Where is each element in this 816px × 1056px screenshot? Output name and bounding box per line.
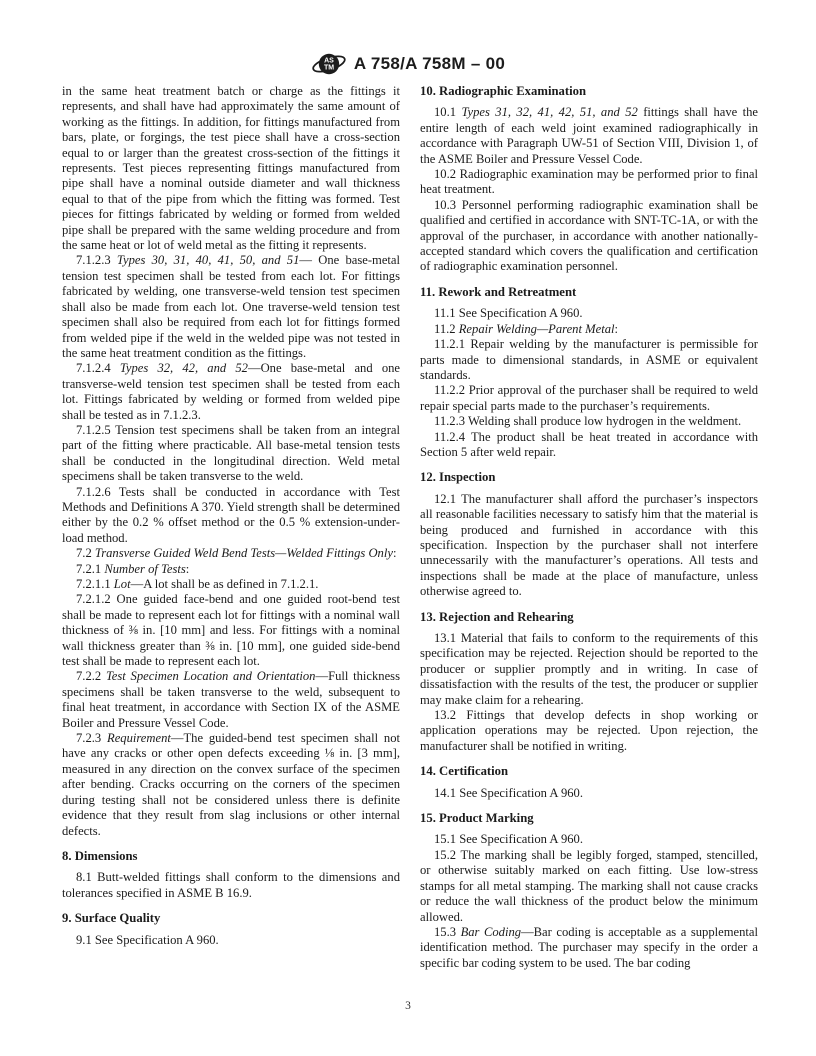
text-run: —A lot shall be as defined in 7.1.2.1. xyxy=(131,577,319,591)
page-number: 3 xyxy=(405,1000,411,1012)
text-run: 7.2 xyxy=(76,546,95,560)
right-column: 10. Radiographic Examination10.1 Types 3… xyxy=(420,84,758,971)
section-heading: 12. Inspection xyxy=(420,470,758,485)
section-heading: 8. Dimensions xyxy=(62,849,400,864)
paragraph: 8.1 Butt-welded fittings shall conform t… xyxy=(62,870,400,901)
paragraph: 11.2.4 The product shall be heat treated… xyxy=(420,430,758,461)
paragraph: 10.1 Types 31, 32, 41, 42, 51, and 52 fi… xyxy=(420,105,758,167)
astm-logo: AS TM xyxy=(311,50,347,78)
text-run: 7.1.2.4 xyxy=(76,361,120,375)
paragraph: 11.2 Repair Welding—Parent Metal: xyxy=(420,322,758,337)
italic-text-run: Requirement xyxy=(107,731,171,745)
text-run: 13.2 Fittings that develop defects in sh… xyxy=(420,708,758,753)
italic-text-run: Types 31, 32, 41, 42, 51, and 52 xyxy=(461,105,637,119)
paragraph: 10.2 Radiographic examination may be per… xyxy=(420,167,758,198)
paragraph: 15.2 The marking shall be legibly forged… xyxy=(420,848,758,925)
italic-text-run: Test Specimen Location and Orientation xyxy=(106,669,316,683)
paragraph: 7.1.2.3 Types 30, 31, 40, 41, 50, and 51… xyxy=(62,253,400,361)
text-run: 11.2.3 Welding shall produce low hydroge… xyxy=(434,414,741,428)
text-run: 15.3 xyxy=(434,925,461,939)
italic-text-run: Number of Tests xyxy=(104,562,185,576)
paragraph: 7.2 Transverse Guided Weld Bend Tests—We… xyxy=(62,546,400,561)
svg-text:AS: AS xyxy=(324,58,334,65)
text-run: 11.2.4 The product shall be heat treated… xyxy=(420,430,758,459)
italic-text-run: Transverse Guided Weld Bend Tests—Welded… xyxy=(95,546,393,560)
text-run: 11.2.1 Repair welding by the manufacture… xyxy=(420,337,758,382)
text-run: 7.2.3 xyxy=(76,731,107,745)
text-run: 14.1 See Specification A 960. xyxy=(434,786,583,800)
paragraph: 11.2.2 Prior approval of the purchaser s… xyxy=(420,383,758,414)
paragraph: 15.1 See Specification A 960. xyxy=(420,832,758,847)
italic-text-run: Types 30, 31, 40, 41, 50, and 51 xyxy=(117,253,299,267)
text-run: : xyxy=(186,562,190,576)
paragraph: 7.1.2.6 Tests shall be conducted in acco… xyxy=(62,485,400,547)
section-heading: 15. Product Marking xyxy=(420,811,758,826)
page-footer: 3 xyxy=(0,1000,816,1012)
section-heading: 9. Surface Quality xyxy=(62,911,400,926)
text-run: : xyxy=(393,546,397,560)
section-heading: 13. Rejection and Rehearing xyxy=(420,610,758,625)
text-run: 7.1.2.3 xyxy=(76,253,117,267)
paragraph: 10.3 Personnel performing radiographic e… xyxy=(420,198,758,275)
text-run: 13.1 Material that fails to conform to t… xyxy=(420,631,758,707)
paragraph: 7.1.2.5 Tension test specimens shall be … xyxy=(62,423,400,485)
paragraph: 14.1 See Specification A 960. xyxy=(420,786,758,801)
paragraph: 13.2 Fittings that develop defects in sh… xyxy=(420,708,758,754)
section-heading: 10. Radiographic Examination xyxy=(420,84,758,99)
text-run: in the same heat treatment batch or char… xyxy=(62,84,400,252)
text-run: 15.2 The marking shall be legibly forged… xyxy=(420,848,758,924)
text-run: 7.2.1 xyxy=(76,562,104,576)
paragraph: 7.2.1.1 Lot—A lot shall be as defined in… xyxy=(62,577,400,592)
paragraph: 13.1 Material that fails to conform to t… xyxy=(420,631,758,708)
paragraph: 9.1 See Specification A 960. xyxy=(62,933,400,948)
paragraph: 7.2.3 Requirement—The guided-bend test s… xyxy=(62,731,400,839)
text-run: 8.1 Butt-welded fittings shall conform t… xyxy=(62,870,400,899)
document-header: AS TM A 758/A 758M – 00 xyxy=(0,48,816,80)
text-run: : xyxy=(615,322,619,336)
text-columns: in the same heat treatment batch or char… xyxy=(62,84,758,971)
text-run: 12.1 The manufacturer shall afford the p… xyxy=(420,492,758,598)
text-run: 7.2.1.2 One guided face-bend and one gui… xyxy=(62,592,400,668)
text-run: 10.3 Personnel performing radiographic e… xyxy=(420,198,758,274)
paragraph: 15.3 Bar Coding—Bar coding is acceptable… xyxy=(420,925,758,971)
text-run: 11.1 See Specification A 960. xyxy=(434,306,583,320)
text-run: 7.1.2.5 Tension test specimens shall be … xyxy=(62,423,400,483)
section-heading: 14. Certification xyxy=(420,764,758,779)
text-run: 10.2 Radiographic examination may be per… xyxy=(420,167,758,196)
italic-text-run: Bar Coding xyxy=(461,925,522,939)
document-page: AS TM A 758/A 758M – 00 in the same heat… xyxy=(0,0,816,1056)
paragraph: 11.2.1 Repair welding by the manufacture… xyxy=(420,337,758,383)
left-column: in the same heat treatment batch or char… xyxy=(62,84,400,971)
text-run: 7.2.2 xyxy=(76,669,106,683)
text-run: —The guided-bend test specimen shall not… xyxy=(62,731,400,837)
text-run: — One base-metal tension test specimen s… xyxy=(62,253,400,359)
text-run: 9.1 See Specification A 960. xyxy=(76,933,219,947)
paragraph: 7.1.2.4 Types 32, 42, and 52—One base-me… xyxy=(62,361,400,423)
text-run: 10.1 xyxy=(434,105,461,119)
italic-text-run: Types 32, 42, and 52 xyxy=(120,361,248,375)
section-heading: 11. Rework and Retreatment xyxy=(420,285,758,300)
text-run: 7.2.1.1 xyxy=(76,577,114,591)
paragraph: 12.1 The manufacturer shall afford the p… xyxy=(420,492,758,600)
text-run: 7.1.2.6 Tests shall be conducted in acco… xyxy=(62,485,400,545)
paragraph: 11.1 See Specification A 960. xyxy=(420,306,758,321)
document-code: A 758/A 758M – 00 xyxy=(354,54,505,74)
text-run: 11.2.2 Prior approval of the purchaser s… xyxy=(420,383,758,412)
paragraph: 11.2.3 Welding shall produce low hydroge… xyxy=(420,414,758,429)
italic-text-run: Repair Welding—Parent Metal xyxy=(459,322,615,336)
paragraph: 7.2.1.2 One guided face-bend and one gui… xyxy=(62,592,400,669)
svg-text:TM: TM xyxy=(324,65,334,72)
paragraph: 7.2.1 Number of Tests: xyxy=(62,562,400,577)
italic-text-run: Lot xyxy=(114,577,131,591)
text-run: 11.2 xyxy=(434,322,459,336)
text-run: 15.1 See Specification A 960. xyxy=(434,832,583,846)
paragraph: in the same heat treatment batch or char… xyxy=(62,84,400,253)
paragraph: 7.2.2 Test Specimen Location and Orienta… xyxy=(62,669,400,731)
